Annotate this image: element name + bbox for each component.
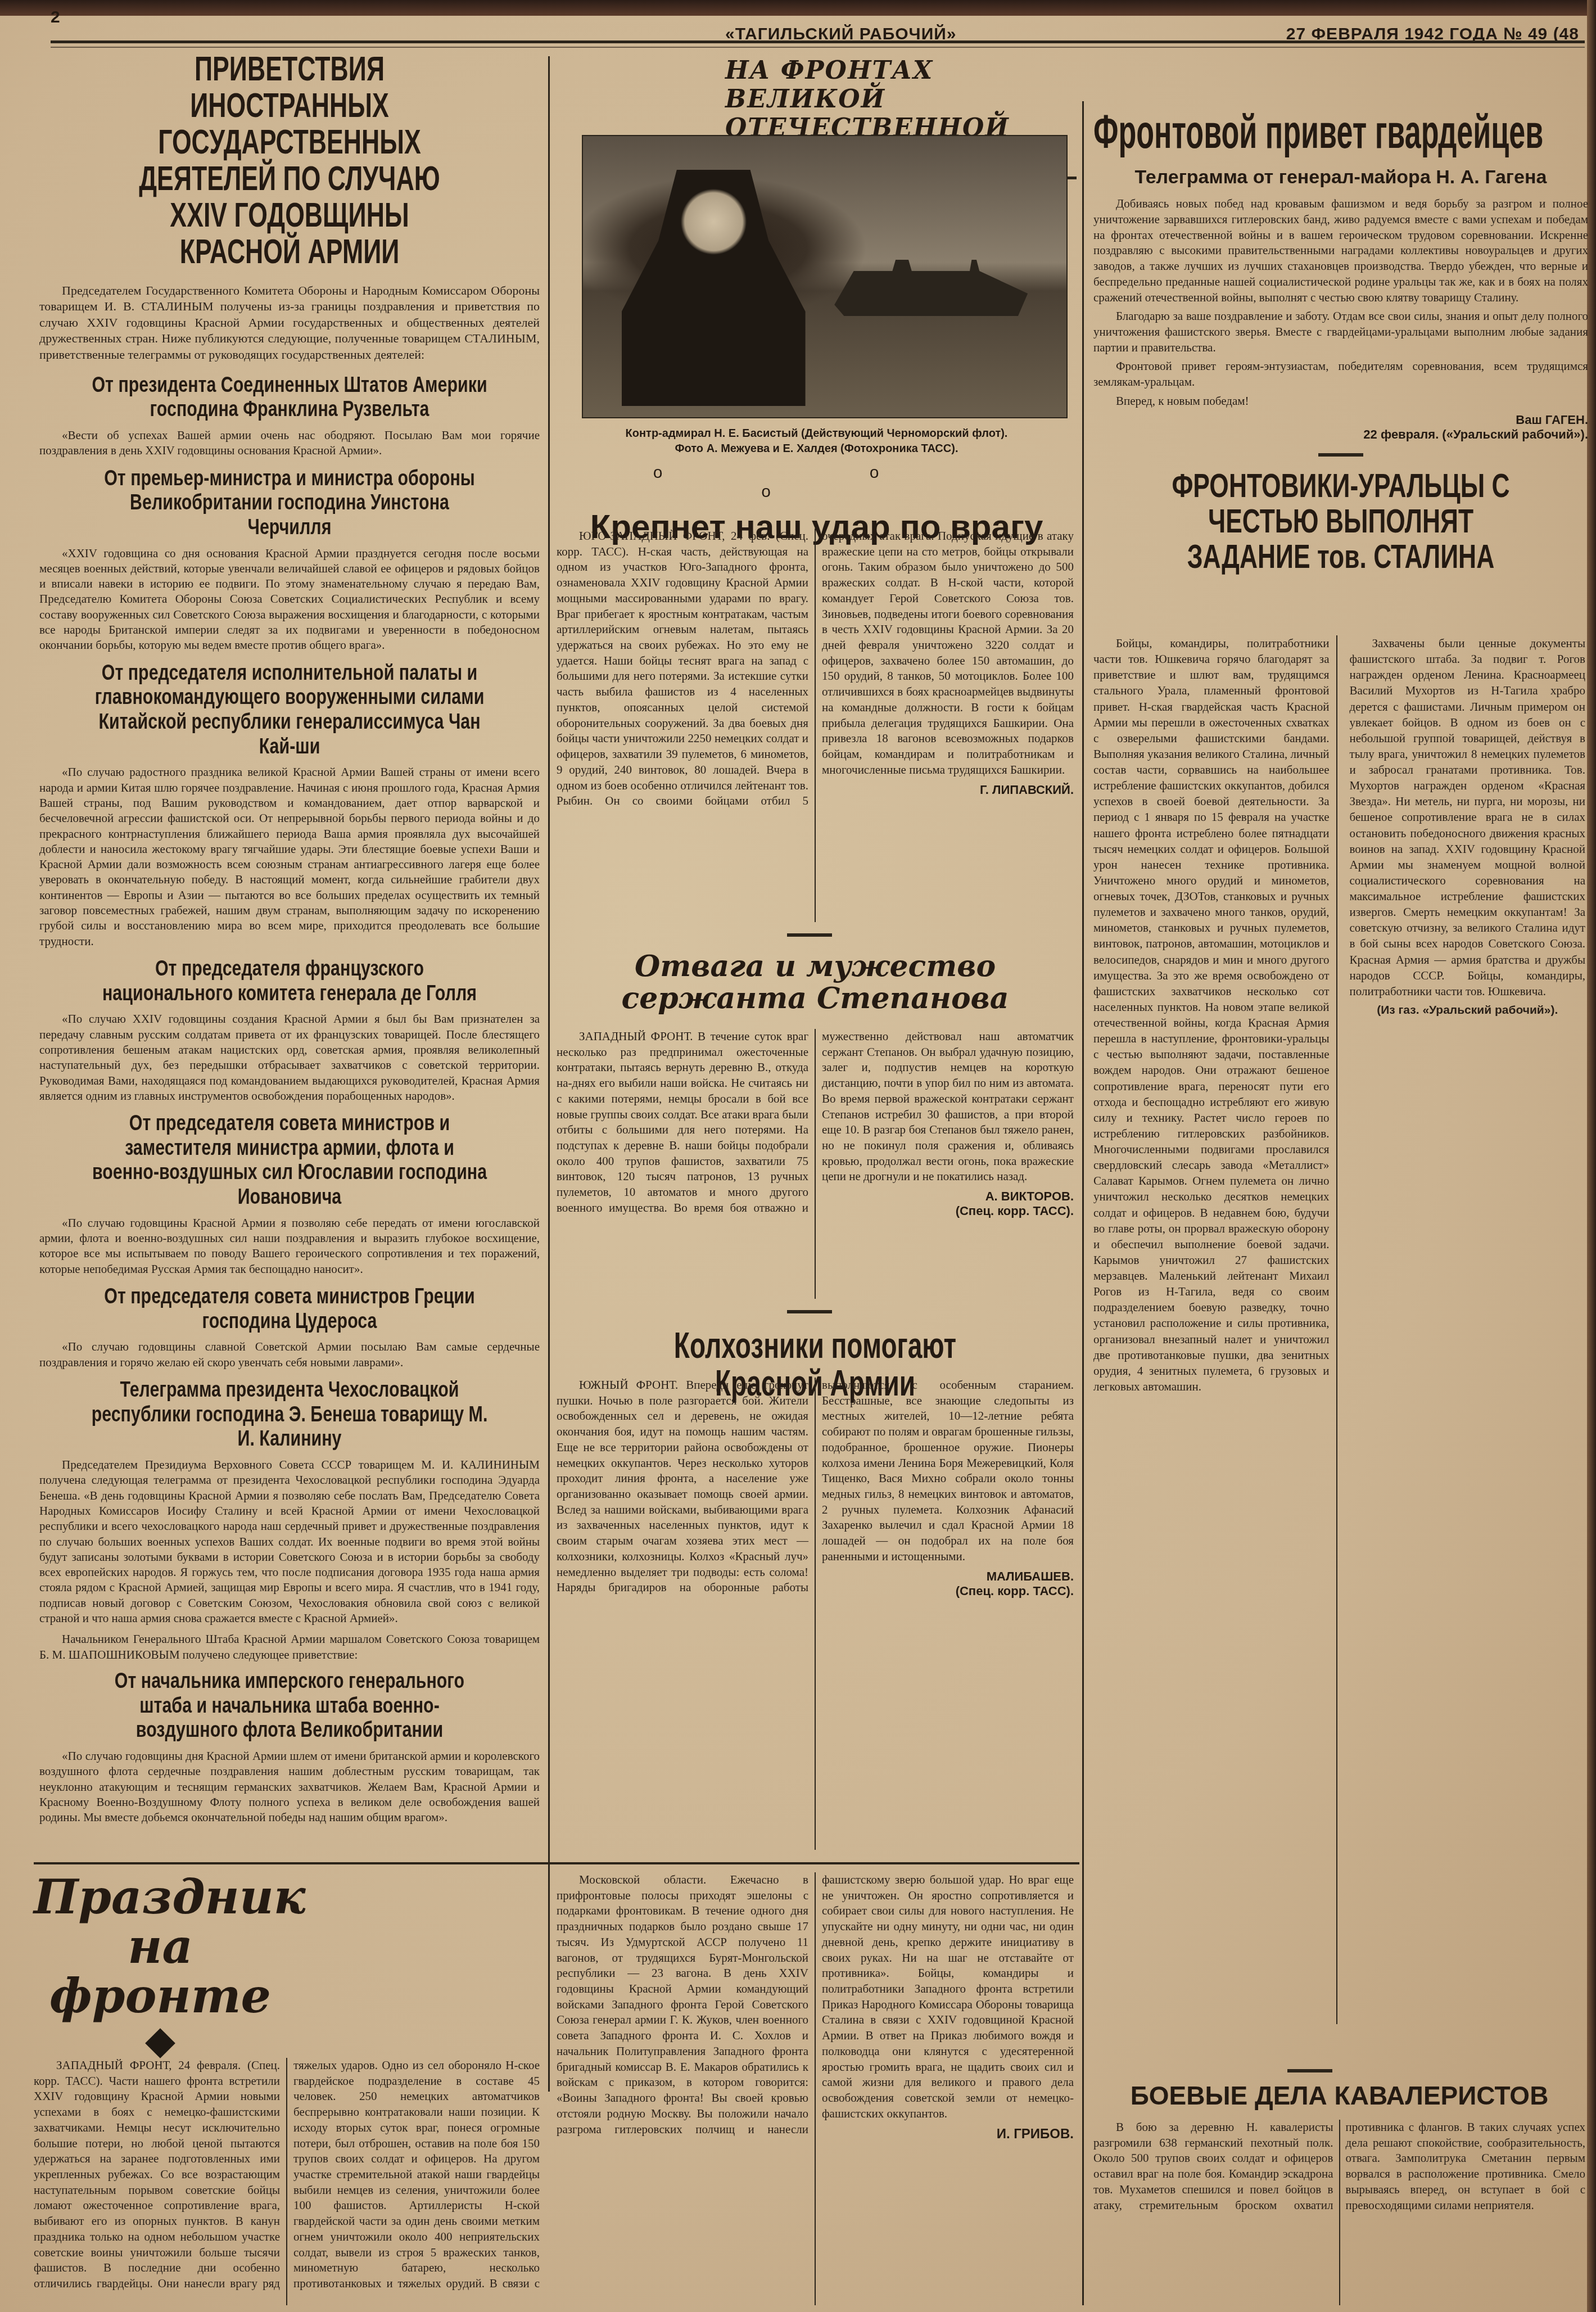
diamond-ornament-icon bbox=[145, 2028, 175, 2058]
admiral-photo bbox=[582, 135, 1068, 418]
article-text: Московской области. Ежечасно в прифронто… bbox=[557, 1872, 1074, 2142]
article-text: Захвачены были ценные документы фашистск… bbox=[1350, 635, 1586, 999]
greeting-text: «Вести об успехах Вашей армии очень нас … bbox=[39, 428, 540, 459]
greeting-greece: От председателя совета министров Греции … bbox=[39, 1285, 540, 1370]
intro-text: Председателем Государственного Комитета … bbox=[39, 283, 540, 363]
photo-credit: Фото А. Межуева и Е. Халдея (Фотохроника… bbox=[557, 442, 1077, 455]
greeting-de-gaulle: От председателя французского национально… bbox=[39, 957, 540, 1104]
greeting-heading: От председателя исполнительной палаты и … bbox=[89, 661, 490, 760]
article-author-note: (Спец. корр. ТАСС). bbox=[822, 1204, 1074, 1218]
greeting-text: Председателем Президиума Верховного Сове… bbox=[39, 1457, 540, 1626]
telegram-paragraph: Фронтовой привет героям-энтузиастам, поб… bbox=[1093, 359, 1588, 390]
left-column: ПРИВЕТСТВИЯ ИНОСТРАННЫХ ГОСУДАРСТВЕННЫХ … bbox=[39, 51, 540, 1828]
main-headline: ПРИВЕТСТВИЯ ИНОСТРАННЫХ ГОСУДАРСТВЕННЫХ … bbox=[110, 51, 470, 270]
greeting-text: «По случаю годовщины славной Советской А… bbox=[39, 1339, 540, 1370]
article-collective-farmers-body: ЮЖНЫЙ ФРОНТ. Впереди еще грохочут пушки.… bbox=[557, 1378, 1074, 1850]
masthead-rule bbox=[51, 40, 1585, 48]
telegram-body: Добиваясь новых побед над кровавым фашиз… bbox=[1093, 196, 1588, 409]
greeting-text: «По случаю XXIV годовщины создания Красн… bbox=[39, 1011, 540, 1104]
masthead: 2 «ТАГИЛЬСКИЙ РАБОЧИЙ» 27 ФЕВРАЛЯ 1942 Г… bbox=[51, 8, 1579, 37]
article-separator bbox=[787, 1310, 832, 1313]
page-number: 2 bbox=[51, 8, 60, 27]
greeting-heading: От президента Соединенных Штатов Америки… bbox=[89, 373, 490, 422]
article-author-note: (Спец. корр. ТАСС). bbox=[822, 1584, 1074, 1598]
telegram-paragraph: Благодарю за ваше поздравление и заботу.… bbox=[1093, 309, 1588, 355]
newspaper-page: 2 «ТАГИЛЬСКИЙ РАБОЧИЙ» 27 ФЕВРАЛЯ 1942 Г… bbox=[0, 0, 1596, 2312]
greeting-heading: От председателя совета министров и замес… bbox=[89, 1112, 490, 1210]
article-source: (Из газ. «Уральский рабочий»). bbox=[1350, 1003, 1586, 1018]
article-author: МАЛИБАШЕВ. bbox=[822, 1569, 1074, 1584]
greeting-benes: Телеграмма президента Чехословацкой респ… bbox=[39, 1378, 540, 1626]
article-text: ЗАПАДНЫЙ ФРОНТ, 24 февраля. (Спец. корр.… bbox=[34, 2058, 540, 2305]
telegram-dateline: 22 февраля. («Уральский рабочий»). bbox=[1093, 427, 1588, 442]
greeting-text: «По случаю радостного праздника великой … bbox=[39, 765, 540, 949]
article-subheadline: Телеграмма от генерал-майора Н. А. Гаген… bbox=[1093, 166, 1588, 188]
article-urals-body: Бойцы, командиры, политработники части т… bbox=[1093, 635, 1585, 2024]
article-headline: Фронтовой привет гвардейцев bbox=[1093, 107, 1581, 156]
greeting-yugoslavia: От председателя совета министров и замес… bbox=[39, 1112, 540, 1277]
greeting-british-staff: От начальника имперского генерального шт… bbox=[39, 1669, 540, 1826]
article-author: И. ГРИБОВ. bbox=[822, 2126, 1074, 2142]
article-text: ЮЖНЫЙ ФРОНТ. Впереди еще грохочут пушки.… bbox=[557, 1378, 1074, 1598]
right-column: Фронтовой привет гвардейцев Телеграмма о… bbox=[1093, 107, 1588, 574]
greeting-roosevelt: От президента Соединенных Штатов Америки… bbox=[39, 373, 540, 459]
greeting-heading: Телеграмма президента Чехословацкой респ… bbox=[89, 1378, 490, 1452]
article-separator bbox=[1318, 453, 1363, 457]
article-stepanov-body: ЗАПАДНЫЙ ФРОНТ. В течение суток враг нес… bbox=[557, 1029, 1074, 1299]
article-headline: Отвага и мужество сержанта Степанова bbox=[557, 950, 1074, 1014]
greeting-text: «По случаю годовщины дня Красной Армии ш… bbox=[39, 1749, 540, 1825]
scan-right-edge bbox=[1587, 0, 1596, 2312]
greeting-heading: От председателя совета министров Греции … bbox=[89, 1285, 490, 1334]
article-stepanov: Отвага и мужество сержанта Степанова bbox=[557, 950, 1074, 1014]
column-divider bbox=[1082, 101, 1084, 2305]
greeting-shaposhnikov-intro: Начальником Генерального Штаба Красной А… bbox=[39, 1632, 540, 1663]
admiral-figure bbox=[622, 170, 806, 406]
greeting-heading: От премьер-министра и министра обороны В… bbox=[89, 467, 490, 540]
greeting-text: «По случаю годовщины Красной Армии я поз… bbox=[39, 1216, 540, 1277]
telegram-signature: Ваш ГАГЕН. bbox=[1093, 413, 1588, 427]
greeting-text: Начальником Генерального Штаба Красной А… bbox=[39, 1632, 540, 1663]
greeting-churchill: От премьер-министра и министра обороны В… bbox=[39, 467, 540, 653]
separator-dots: o o o bbox=[557, 463, 1077, 502]
article-separator bbox=[787, 933, 832, 937]
intro-paragraph: Председателем Государственного Комитета … bbox=[39, 283, 540, 363]
article-text: ЮГО-ЗАПАДНЫЙ ФРОНТ, 24 фев. (Спец. корр.… bbox=[557, 529, 1074, 809]
article-author: А. ВИКТОРОВ. bbox=[822, 1189, 1074, 1204]
greeting-text: «XXIV годовщина со дня основания Красной… bbox=[39, 546, 540, 653]
article-holiday-continuation: Московской области. Ежечасно в прифронто… bbox=[557, 1872, 1074, 2305]
article-separator bbox=[1287, 2069, 1332, 2072]
article-cavalry: БОЕВЫЕ ДЕЛА КАВАЛЕРИСТОВ bbox=[1093, 2080, 1585, 2111]
article-strike-body: ЮГО-ЗАПАДНЫЙ ФРОНТ, 24 фев. (Спец. корр.… bbox=[557, 529, 1074, 922]
greeting-heading: От председателя французского национально… bbox=[89, 957, 490, 1006]
article-headline: ФРОНТОВИКИ-УРАЛЬЦЫ С ЧЕСТЬЮ ВЫПОЛНЯТ ЗАД… bbox=[1158, 468, 1523, 574]
telegram-paragraph: Добиваясь новых побед над кровавым фашиз… bbox=[1093, 196, 1588, 305]
article-text: Бойцы, командиры, политработники части т… bbox=[1093, 635, 1330, 1394]
telegram-paragraph: Вперед, к новым победам! bbox=[1093, 394, 1588, 409]
article-holiday-at-front: Праздник на фронте bbox=[34, 1872, 287, 2065]
photo-caption: Контр-адмирал Н. Е. Басистый (Действующи… bbox=[557, 427, 1077, 440]
article-headline: Праздник на фронте bbox=[34, 1872, 287, 2021]
article-author: Г. ЛИПАВСКИЙ. bbox=[822, 783, 1074, 797]
article-text: В бою за деревню Н. кавалеристы разгроми… bbox=[1093, 2120, 1585, 2215]
section-rule bbox=[34, 1862, 1079, 1864]
column-divider bbox=[548, 56, 550, 2092]
article-holiday-body: ЗАПАДНЫЙ ФРОНТ, 24 февраля. (Спец. корр.… bbox=[34, 2058, 540, 2305]
article-cavalry-body: В бою за деревню Н. кавалеристы разгроми… bbox=[1093, 2120, 1585, 2305]
greeting-chiang-kai-shek: От председателя исполнительной палаты и … bbox=[39, 661, 540, 949]
warship-silhouette bbox=[834, 226, 1028, 338]
greeting-heading: От начальника имперского генерального шт… bbox=[89, 1669, 490, 1743]
article-headline: БОЕВЫЕ ДЕЛА КАВАЛЕРИСТОВ bbox=[1093, 2080, 1585, 2111]
